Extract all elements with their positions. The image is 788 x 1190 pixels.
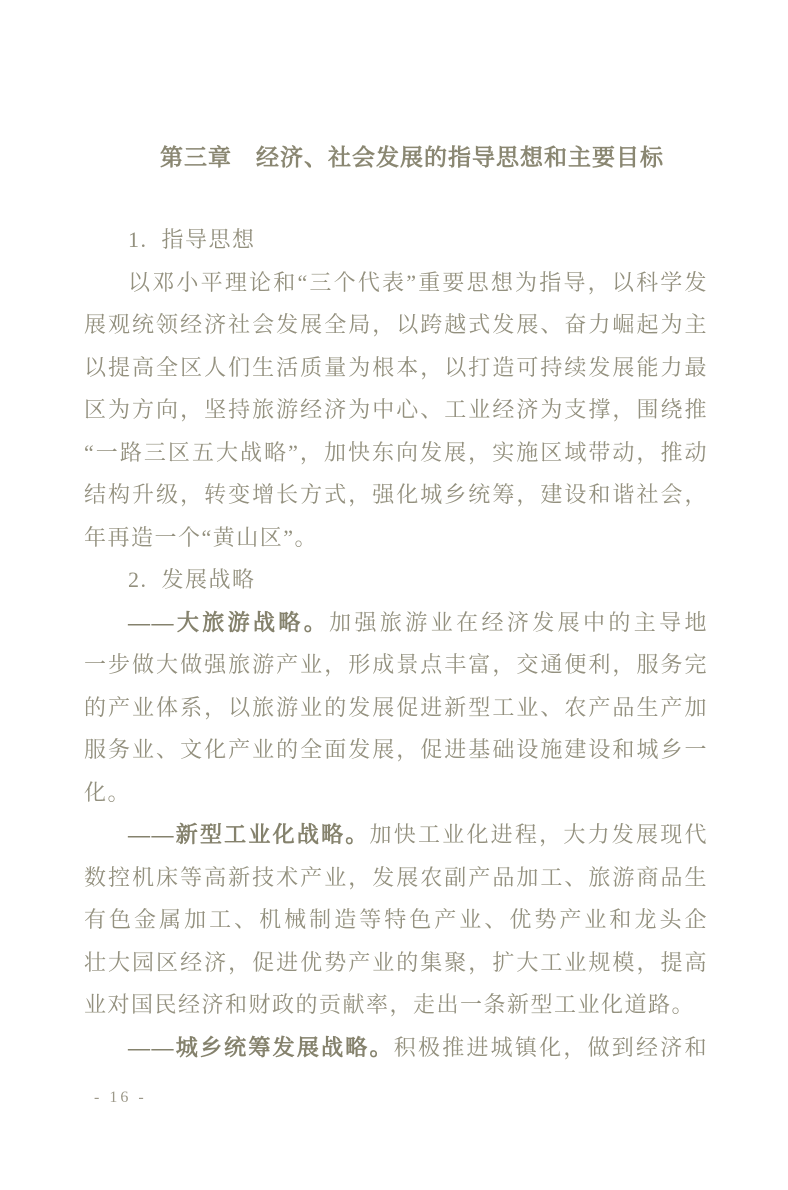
text-line: 以邓小平理论和“三个代表”重要思想为指导，以科学发 [84,262,708,305]
text-line: 以提高全区人们生活质量为根本，以打造可持续发展能力最强 [84,347,708,390]
section-heading-2: 2.发展战略 [84,559,708,602]
page-body: 1.指导思想 以邓小平理论和“三个代表”重要思想为指导，以科学发 展观统领经济社… [84,219,708,1069]
text-line: 年再造一个“黄山区”。 [84,517,708,560]
text-line: 壮大园区经济，促进优势产业的集聚，扩大工业规模，提高工 [84,942,708,985]
text-line: 的产业体系，以旅游业的发展促进新型工业、农产品生产加工、 [84,687,708,730]
section-1-title: 指导思想 [162,227,256,252]
page-title: 第三章 经济、社会发展的指导思想和主要目标 [100,142,724,172]
text-line: ——城乡统筹发展战略。积极推进城镇化，做到经济和社会 [84,1027,708,1070]
text-line: ——大旅游战略。加强旅游业在经济发展中的主导地位，进 [84,602,708,645]
section-2-number: 2. [128,567,148,592]
page-number: - 16 - [94,1088,147,1108]
text-line: 有色金属加工、机械制造等特色产业、优势产业和龙头企业。 [84,899,708,942]
text-line: 展观统领经济社会发展全局，以跨越式发展、奋力崛起为主题， [84,304,708,347]
text-line: “一路三区五大战略”，加快东向发展，实施区域带动，推动 [84,432,708,475]
strategy-name-urban-rural: ——城乡统筹发展战略。 [128,1035,394,1060]
text-line: 结构升级，转变增长方式，强化城乡统筹，建设和谐社会，五 [84,474,708,517]
text-line: 化。 [84,772,708,815]
text-line: 业对国民经济和财政的贡献率，走出一条新型工业化道路。 [84,984,708,1027]
text-line: ——新型工业化战略。加快工业化进程，大力发展现代医药、 [84,814,708,857]
section-2-title: 发展战略 [162,567,256,592]
text-line: 区为方向，坚持旅游经济为中心、工业经济为支撑，围绕推进 [84,389,708,432]
section-1-number: 1. [128,227,148,252]
document-page: 第三章 经济、社会发展的指导思想和主要目标 1.指导思想 以邓小平理论和“三个代… [0,0,788,1190]
text-line: 一步做大做强旅游产业，形成景点丰富，交通便利，服务完善 [84,644,708,687]
section-heading-1: 1.指导思想 [84,219,708,262]
text-line: 服务业、文化产业的全面发展，促进基础设施建设和城乡一体 [84,729,708,772]
text-line: 数控机床等高新技术产业，发展农副产品加工、旅游商品生产、 [84,857,708,900]
strategy-name-tourism: ——大旅游战略。 [128,610,329,635]
strategy-name-industrialization: ——新型工业化战略。 [128,822,370,847]
